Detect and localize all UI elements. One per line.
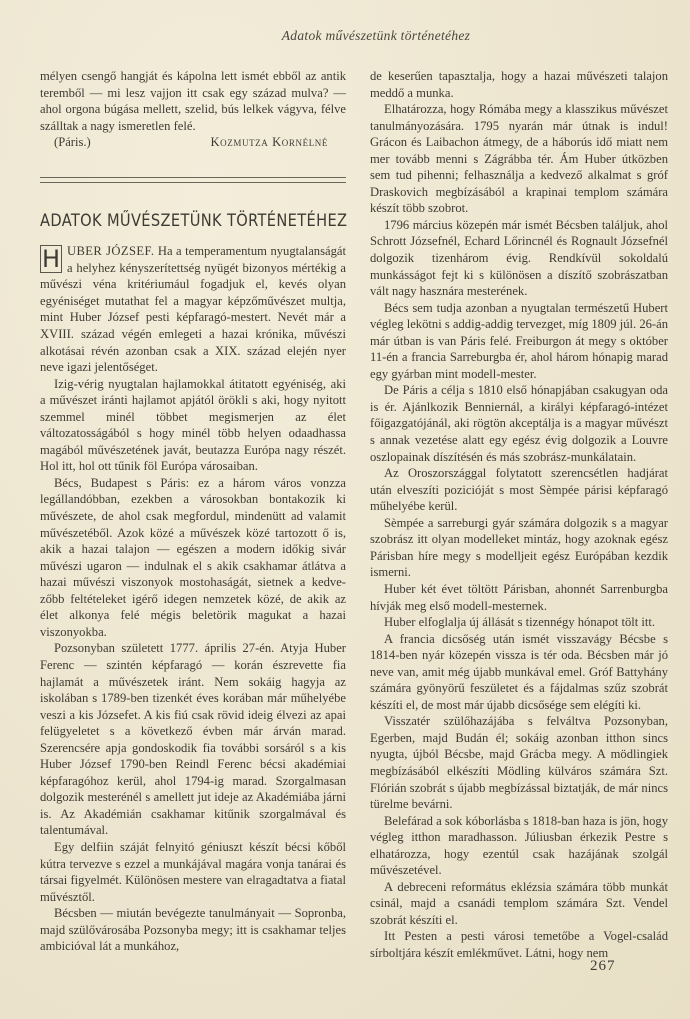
previous-article-place: (Páris.) [54,134,91,151]
paragraph-text: Ha a temperamentum nyug­talanságát a hel… [40,244,346,374]
paragraph: Visszatér szülőhazájába s felváltva Pozs… [370,713,668,812]
previous-article-closing-text: mélyen csengő hangját és kápolna lett is… [40,68,346,134]
paragraph: Bécsben — miután bevégezte tanulmányait … [40,905,346,955]
left-column: mélyen csengő hangját és kápolna lett is… [40,68,346,955]
paragraph: Egy delfiin száját felnyitó géniuszt kés… [40,839,346,905]
article-title: ADATOK MŰVÉSZETÜNK TÖRTÉNETÉHEZ [40,213,303,230]
paragraph: Huber két évet töltött Párisban, ahonnét… [370,581,668,614]
previous-article-signoff: (Páris.) Kozmutza Kornélné [40,134,346,151]
paragraph: A debreceni református eklézsia számára … [370,879,668,929]
paragraph: de keserűen tapasztalja, hogy a hazai mű… [370,68,668,101]
paragraph: Belefárad a sok kóborlásba s 1818-ban ha… [370,813,668,879]
lead-name: UBER JÓZSEF. [67,244,154,258]
paragraph: Izig-vérig nyugtalan hajlamokkal átitato… [40,376,346,475]
section-divider [40,177,346,183]
previous-article-author: Kozmutza Kornélné [210,134,328,151]
paragraph: Bécs sem tudja azonban a nyugtalan termé… [370,300,668,383]
paragraph: De Páris a célja s 1810 első hónapjában … [370,382,668,465]
paragraph: Az Oroszországgal folytatott szerencsétl… [370,465,668,515]
paragraph: A francia dicsőség után ismét visszavágy… [370,631,668,714]
running-head: Adatok művészetünk történetéhez [0,28,690,44]
paragraph: Pozsonyban született 1777. április 27-én… [40,640,346,839]
drop-cap: H [40,245,62,273]
right-column: de keserűen tapasztalja, hogy a hazai mű… [370,68,668,962]
article-lead-paragraph: HUBER JÓZSEF. Ha a temperamentum nyug­ta… [40,243,346,375]
paragraph: Huber elfoglalja új állását s tizennégy … [370,614,668,631]
page-number: 267 [590,958,616,975]
paragraph: Sèmpée a sarreburgi gyár számára dolgozi… [370,515,668,581]
paragraph: Itt Pesten a pesti városi temetőbe a Vog… [370,928,668,961]
paragraph: Elhatározza, hogy Rómába megy a klasszik… [370,101,668,217]
paragraph: 1796 március közepén már ismét Bécsben t… [370,217,668,300]
divider-rule-1 [40,177,346,178]
divider-rule-2 [40,182,346,183]
paragraph: Bécs, Budapest s Páris: ez a három város… [40,475,346,640]
